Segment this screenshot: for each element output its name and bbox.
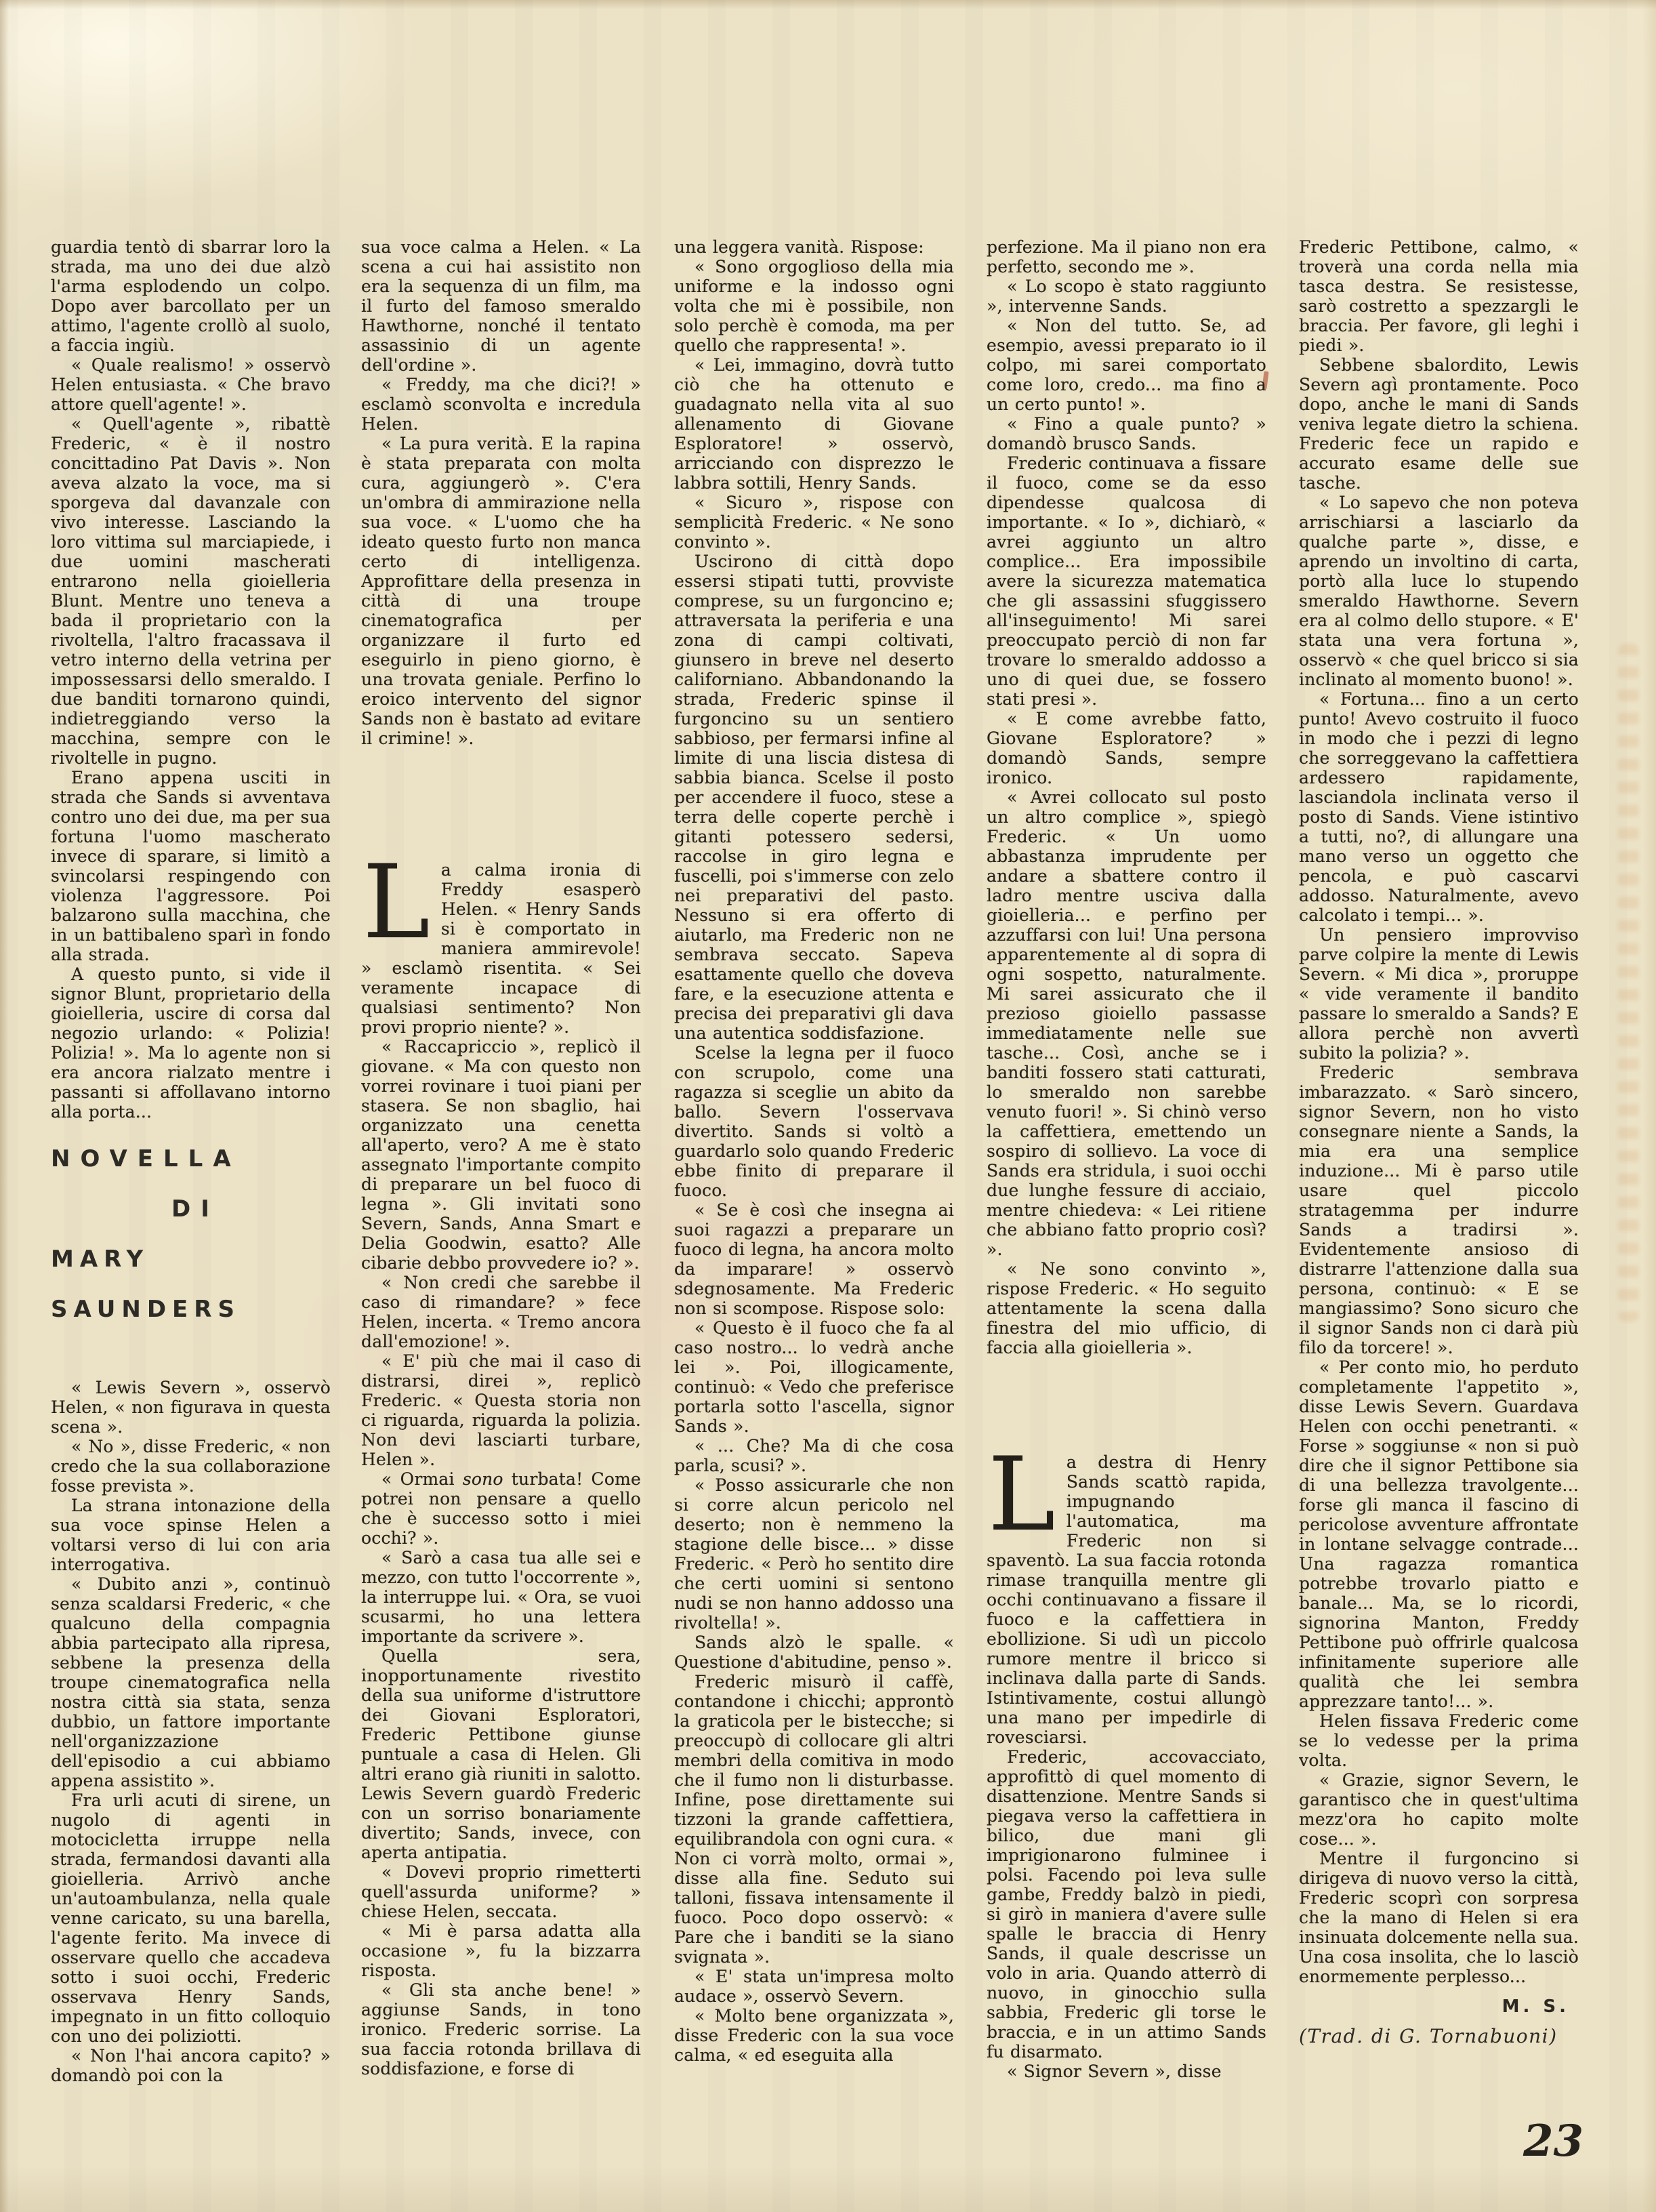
paragraph: « La pura verità. E la rapina è stata pr… <box>361 434 641 748</box>
text-segment: Helen fissava Frederic come se lo vedess… <box>1299 1711 1579 1770</box>
dropcap-paragraph: La destra di Henry Sands scattò rapida, … <box>987 1452 1266 1747</box>
paragraph: « Se è così che insegna ai suoi ragazzi … <box>674 1200 954 1318</box>
paragraph: Uscirono di città dopo essersi stipati t… <box>674 552 954 1043</box>
paragraph: « Mi è parsa adatta alla occasione », fu… <box>361 1921 641 1980</box>
text-segment: « Avrei collocato sul posto un altro com… <box>987 787 1266 1259</box>
paragraph: Frederic misurò il caffè, contandone i c… <box>674 1672 954 1967</box>
text-column-3: una leggera vanità. Rispose:« Sono orgog… <box>674 237 954 2116</box>
paragraph: Scelse la legna per il fuoco con scrupol… <box>674 1043 954 1200</box>
paragraph: Frederic continuava a fissare il fuoco, … <box>987 453 1266 709</box>
text-segment: « E come avrebbe fatto, Giovane Esplorat… <box>987 709 1266 787</box>
paragraph: « Raccapriccio », replicò il giovane. « … <box>361 1037 641 1273</box>
paragraph: « Quale realismo! » osservò Helen entusi… <box>51 355 331 414</box>
text-segment: sua voce calma a Helen. « La scena a cui… <box>361 237 641 375</box>
paragraph: « Non del tutto. Se, ad esempio, avessi … <box>987 316 1266 414</box>
paragraph: « Grazie, signor Severn, le garantisco c… <box>1299 1770 1579 1849</box>
paragraph: perfezione. Ma il piano non era perfetto… <box>987 237 1266 276</box>
text-segment: « Signor Severn », disse <box>1007 2062 1222 2081</box>
paragraph: La strana intonazione della sua voce spi… <box>51 1496 331 1574</box>
paragraph: « Gli sta anche bene! » aggiunse Sands, … <box>361 1980 641 2078</box>
paragraph: una leggera vanità. Rispose: <box>674 237 954 257</box>
paragraph: « Sicuro », rispose con semplicità Frede… <box>674 493 954 552</box>
paragraph: « Ne sono convinto », rispose Frederic. … <box>987 1259 1266 1357</box>
text-segment: Frederic sembrava imbarazzato. « Sarò si… <box>1299 1063 1579 1357</box>
text-segment: « Fortuna... fino a un certo punto! Avev… <box>1299 689 1579 925</box>
text-column-5: Frederic Pettibone, calmo, « troverà una… <box>1299 237 1579 2116</box>
text-segment: « Grazie, signor Severn, le garantisco c… <box>1299 1770 1579 1849</box>
text-segment: Frederic continuava a fissare il fuoco, … <box>987 453 1266 709</box>
text-segment: Uscirono di città dopo essersi stipati t… <box>674 552 954 1043</box>
magazine-page: guardia tentò di sbarrar loro la strada,… <box>0 0 1656 2212</box>
story-heading: NOVELLADIMARY SAUNDERS <box>51 1134 331 1334</box>
paragraph: Frederic Pettibone, calmo, « troverà una… <box>1299 237 1579 355</box>
text-segment: « No », disse Frederic, « non credo che … <box>51 1437 331 1496</box>
text-segment: « La pura verità. E la rapina è stata pr… <box>361 434 641 748</box>
text-segment: Erano appena usciti in strada che Sands … <box>51 768 331 964</box>
text-segment: « Per conto mio, ho perduto completament… <box>1299 1357 1579 1711</box>
paragraph: « E' più che mai il caso di distrarsi, d… <box>361 1351 641 1469</box>
text-segment: « Lewis Severn », osservò Helen, « non f… <box>51 1378 331 1437</box>
paragraph: Frederic, accovacciato, approfittò di qu… <box>987 1747 1266 2062</box>
paragraph: « Lewis Severn », osservò Helen, « non f… <box>51 1378 331 1437</box>
text-segment: « Ormai <box>381 1469 463 1489</box>
text-segment: « Dovevi proprio rimetterti quell'assurd… <box>361 1862 641 1921</box>
paragraph: « Lo scopo è stato raggiunto », interven… <box>987 276 1266 316</box>
paragraph: « No », disse Frederic, « non credo che … <box>51 1437 331 1496</box>
text-segment: A questo punto, si vide il signor Blunt,… <box>51 964 331 1122</box>
paragraph: « E' stata un'impresa molto audace », os… <box>674 1967 954 2006</box>
paragraph: Sands alzò le spalle. « Questione d'abit… <box>674 1633 954 1672</box>
text-segment: « Molto bene organizzata », disse Freder… <box>674 2006 954 2065</box>
text-segment: « Lo sapevo che non poteva arrischiarsi … <box>1299 493 1579 689</box>
text-segment: « Dubito anzi », continuò senza scaldars… <box>51 1574 331 1790</box>
text-segment: « Lei, immagino, dovrà tutto ciò che ha … <box>674 355 954 493</box>
text-segment: Quella sera, inopportunamente rivestito … <box>361 1646 641 1862</box>
text-segment: sono <box>463 1469 503 1489</box>
text-segment: « Sarò a casa tua alle sei e mezzo, con … <box>361 1548 641 1646</box>
text-segment: guardia tentò di sbarrar loro la strada,… <box>51 237 331 355</box>
paragraph: « E come avrebbe fatto, Giovane Esplorat… <box>987 709 1266 787</box>
text-segment: Frederic, accovacciato, approfittò di qu… <box>987 1747 1266 2062</box>
text-segment: « Non del tutto. Se, ad esempio, avessi … <box>987 316 1266 414</box>
author-initials: M. S. <box>1299 1997 1579 2017</box>
paragraph: « Signor Severn », disse <box>987 2062 1266 2081</box>
paragraph: Quella sera, inopportunamente rivestito … <box>361 1646 641 1862</box>
text-segment: « E' più che mai il caso di distrarsi, d… <box>361 1351 641 1469</box>
text-segment: « Sono orgoglioso della mia uniforme e l… <box>674 257 954 355</box>
text-segment: Fra urli acuti di sirene, un nugolo di a… <box>51 1790 331 2046</box>
paragraph: sua voce calma a Helen. « La scena a cui… <box>361 237 641 375</box>
paragraph: « Non l'hai ancora capito? » domandò poi… <box>51 2046 331 2085</box>
paragraph: « Molto bene organizzata », disse Freder… <box>674 2006 954 2065</box>
text-segment: « ... Che? Ma di che cosa parla, scusi? … <box>674 1436 954 1475</box>
text-segment: « Questo è il fuoco che fa al caso nostr… <box>674 1318 954 1436</box>
paragraph: « Avrei collocato sul posto un altro com… <box>987 787 1266 1259</box>
paragraph: « Non credi che sarebbe il caso di riman… <box>361 1273 641 1351</box>
text-segment: La strana intonazione della sua voce spi… <box>51 1496 331 1574</box>
paragraph: Sebbene sbalordito, Lewis Severn agì pro… <box>1299 355 1579 493</box>
paragraph: « Sono orgoglioso della mia uniforme e l… <box>674 257 954 355</box>
text-segment: « Fino a quale punto? » domandò brusco S… <box>987 414 1266 453</box>
text-column-2: sua voce calma a Helen. « La scena a cui… <box>361 237 641 2116</box>
text-segment: « Sicuro », rispose con semplicità Frede… <box>674 493 954 552</box>
text-segment: una leggera vanità. Rispose: <box>674 237 924 257</box>
translator-credit: (Trad. di G. Tornabuoni) <box>1299 2026 1579 2046</box>
dropcap-paragraph: La calma ironia di Freddy esasperò Helen… <box>361 860 641 1037</box>
text-segment: « Gli sta anche bene! » aggiunse Sands, … <box>361 1980 641 2078</box>
page-showthrough <box>1618 644 1638 1322</box>
text-segment: « Mi è parsa adatta alla occasione », fu… <box>361 1921 641 1980</box>
paragraph: Helen fissava Frederic come se lo vedess… <box>1299 1711 1579 1770</box>
paragraph: « Posso assicurarle che non si corre alc… <box>674 1475 954 1633</box>
paragraph: Fra urli acuti di sirene, un nugolo di a… <box>51 1790 331 2046</box>
text-segment: Sebbene sbalordito, Lewis Severn agì pro… <box>1299 355 1579 493</box>
text-segment: « Ne sono convinto », rispose Frederic. … <box>987 1259 1266 1357</box>
paragraph: guardia tentò di sbarrar loro la strada,… <box>51 237 331 355</box>
paragraph: A questo punto, si vide il signor Blunt,… <box>51 964 331 1122</box>
paragraph: « Lo sapevo che non poteva arrischiarsi … <box>1299 493 1579 689</box>
text-segment: Mentre il furgoncino si dirigeva di nuov… <box>1299 1849 1579 1986</box>
text-column-1: guardia tentò di sbarrar loro la strada,… <box>51 237 331 2116</box>
text-segment: Frederic Pettibone, calmo, « troverà una… <box>1299 237 1579 355</box>
page-number: 23 <box>1523 2116 1583 2167</box>
story-heading-line: DI <box>171 1184 331 1234</box>
text-segment: Scelse la legna per il fuoco con scrupol… <box>674 1043 954 1200</box>
paragraph: Un pensiero improvviso parve colpire la … <box>1299 925 1579 1063</box>
paragraph: « Sarò a casa tua alle sei e mezzo, con … <box>361 1548 641 1646</box>
paragraph: « Lei, immagino, dovrà tutto ciò che ha … <box>674 355 954 493</box>
paragraph: « Dovevi proprio rimetterti quell'assurd… <box>361 1862 641 1921</box>
text-segment: « Non credi che sarebbe il caso di riman… <box>361 1273 641 1351</box>
text-segment: perfezione. Ma il piano non era perfetto… <box>987 237 1266 276</box>
text-segment: Un pensiero improvviso parve colpire la … <box>1299 925 1579 1063</box>
paragraph: « Fortuna... fino a un certo punto! Avev… <box>1299 689 1579 925</box>
paragraph: « Ormai sono turbata! Come potrei non pe… <box>361 1469 641 1548</box>
paragraph: « ... Che? Ma di che cosa parla, scusi? … <box>674 1436 954 1475</box>
dropcap-initial: L <box>987 1452 1067 1549</box>
text-segment: « Freddy, ma che dici?! » esclamò sconvo… <box>361 375 641 434</box>
story-heading-line: MARY SAUNDERS <box>51 1234 331 1334</box>
text-segment: Frederic misurò il caffè, contandone i c… <box>674 1672 954 1967</box>
text-segment: « Non l'hai ancora capito? » domandò poi… <box>51 2046 331 2085</box>
text-segment: « Lo scopo è stato raggiunto », interven… <box>987 276 1266 316</box>
paragraph: « Dubito anzi », continuò senza scaldars… <box>51 1574 331 1790</box>
text-column-4: perfezione. Ma il piano non era perfetto… <box>987 237 1266 2116</box>
text-segment: « Posso assicurarle che non si corre alc… <box>674 1475 954 1633</box>
paragraph: Mentre il furgoncino si dirigeva di nuov… <box>1299 1849 1579 1986</box>
paragraph: Frederic sembrava imbarazzato. « Sarò si… <box>1299 1063 1579 1357</box>
paragraph: « Fino a quale punto? » domandò brusco S… <box>987 414 1266 453</box>
text-segment: « Quell'agente », ribattè Frederic, « è … <box>51 414 331 768</box>
text-segment: « Se è così che insegna ai suoi ragazzi … <box>674 1200 954 1318</box>
text-segment: « E' stata un'impresa molto audace », os… <box>674 1967 954 2006</box>
text-segment: « Quale realismo! » osservò Helen entusi… <box>51 355 331 414</box>
paragraph: Erano appena usciti in strada che Sands … <box>51 768 331 964</box>
paragraph: « Freddy, ma che dici?! » esclamò sconvo… <box>361 375 641 434</box>
story-heading-line: NOVELLA <box>51 1134 331 1184</box>
text-segment: « Raccapriccio », replicò il giovane. « … <box>361 1037 641 1273</box>
text-segment: Sands alzò le spalle. « Questione d'abit… <box>674 1633 954 1672</box>
dropcap-initial: L <box>361 860 441 956</box>
paragraph: « Per conto mio, ho perduto completament… <box>1299 1357 1579 1711</box>
paragraph: « Quell'agente », ribattè Frederic, « è … <box>51 414 331 768</box>
paragraph: « Questo è il fuoco che fa al caso nostr… <box>674 1318 954 1436</box>
